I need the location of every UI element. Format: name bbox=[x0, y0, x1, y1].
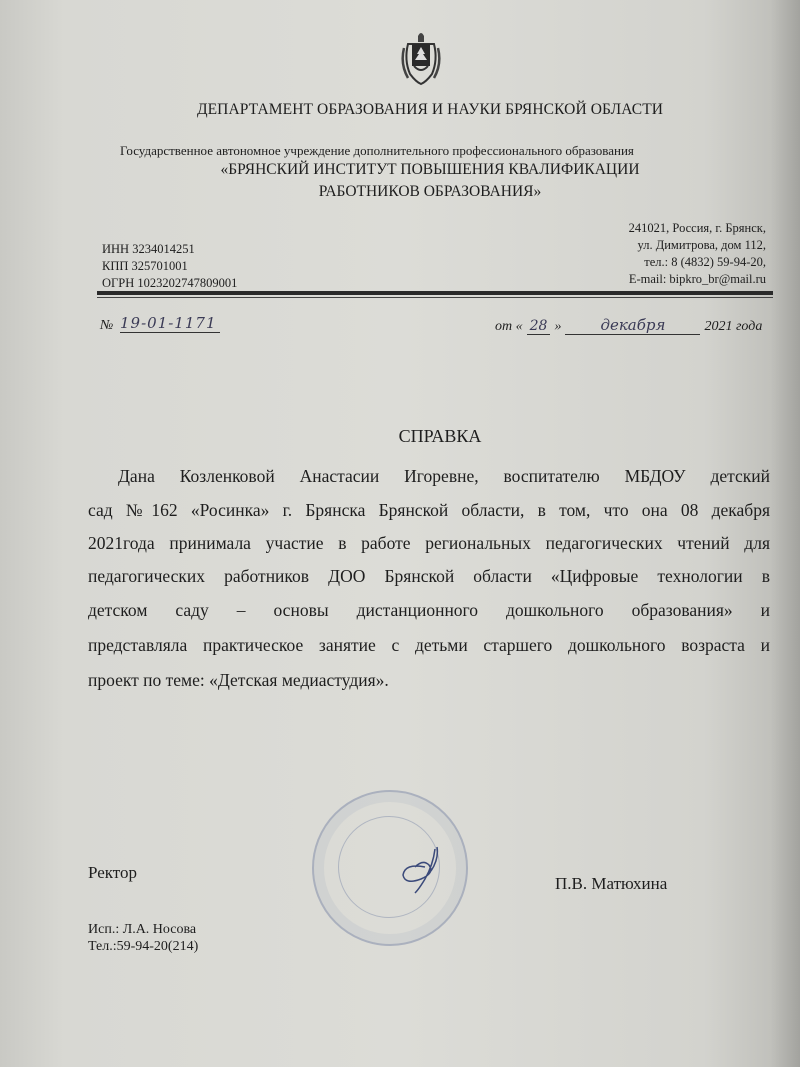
department-name: ДЕПАРТАМЕНТ ОБРАЗОВАНИЯ И НАУКИ БРЯНСКОЙ… bbox=[0, 101, 800, 119]
body-line: сад №162 «Росинка» г. Брянска Брянской о… bbox=[88, 500, 770, 521]
body-line: представляла практическое занятие с деть… bbox=[88, 635, 770, 656]
date-mid: » bbox=[554, 319, 561, 335]
date-year: 2021 года bbox=[704, 319, 762, 335]
coat-of-arms-icon bbox=[400, 30, 442, 86]
institution-name-line2: РАБОТНИКОВ ОБРАЗОВАНИЯ» bbox=[0, 183, 800, 201]
inn: ИНН 3234014251 bbox=[102, 242, 195, 257]
date-month: декабря bbox=[565, 316, 700, 335]
document-title: СПРАВКА bbox=[0, 426, 800, 447]
executor-name: Исп.: Л.А. Носова bbox=[88, 922, 196, 938]
address-line2: ул. Димитрова, дом 112, bbox=[638, 238, 766, 253]
executor-phone: Тел.:59-94-20(214) bbox=[88, 939, 198, 955]
signatory-position: Ректор bbox=[88, 863, 137, 883]
institution-name-line1: «БРЯНСКИЙ ИНСТИТУТ ПОВЫШЕНИЯ КВАЛИФИКАЦИ… bbox=[0, 161, 800, 179]
address-line1: 241021, Россия, г. Брянск, bbox=[629, 221, 766, 236]
header-divider-thick bbox=[97, 291, 773, 295]
email: E-mail: bipkro_br@mail.ru bbox=[629, 272, 766, 287]
body-line: Дана Козленковой Анастасии Игоревне, вос… bbox=[118, 466, 770, 487]
date-prefix: от « bbox=[495, 319, 523, 335]
signatory-name: П.В. Матюхина bbox=[555, 874, 667, 894]
body-line: детском саду – основы дистанционного дош… bbox=[88, 600, 770, 621]
registration-number: 19-01-1171 bbox=[120, 314, 220, 333]
date-day: 28 bbox=[527, 318, 551, 335]
number-label: № bbox=[100, 318, 113, 334]
handwritten-signature-icon bbox=[395, 845, 455, 895]
body-line: педагогических работников ДОО Брянской о… bbox=[88, 566, 770, 587]
phone: тел.: 8 (4832) 59-94-20, bbox=[644, 255, 766, 270]
header-divider-thin bbox=[97, 297, 773, 298]
document-page: ДЕПАРТАМЕНТ ОБРАЗОВАНИЯ И НАУКИ БРЯНСКОЙ… bbox=[0, 0, 800, 1067]
kpp: КПП 325701001 bbox=[102, 259, 188, 274]
registration-date: от « 28 » декабря 2021 года bbox=[495, 316, 762, 335]
body-line: проект по теме: «Детская медиастудия». bbox=[88, 670, 770, 691]
body-line: 2021года принимала участие в работе реги… bbox=[88, 533, 770, 554]
institution-type: Государственное автономное учреждение до… bbox=[120, 143, 634, 159]
ogrn: ОГРН 1023202747809001 bbox=[102, 276, 237, 291]
